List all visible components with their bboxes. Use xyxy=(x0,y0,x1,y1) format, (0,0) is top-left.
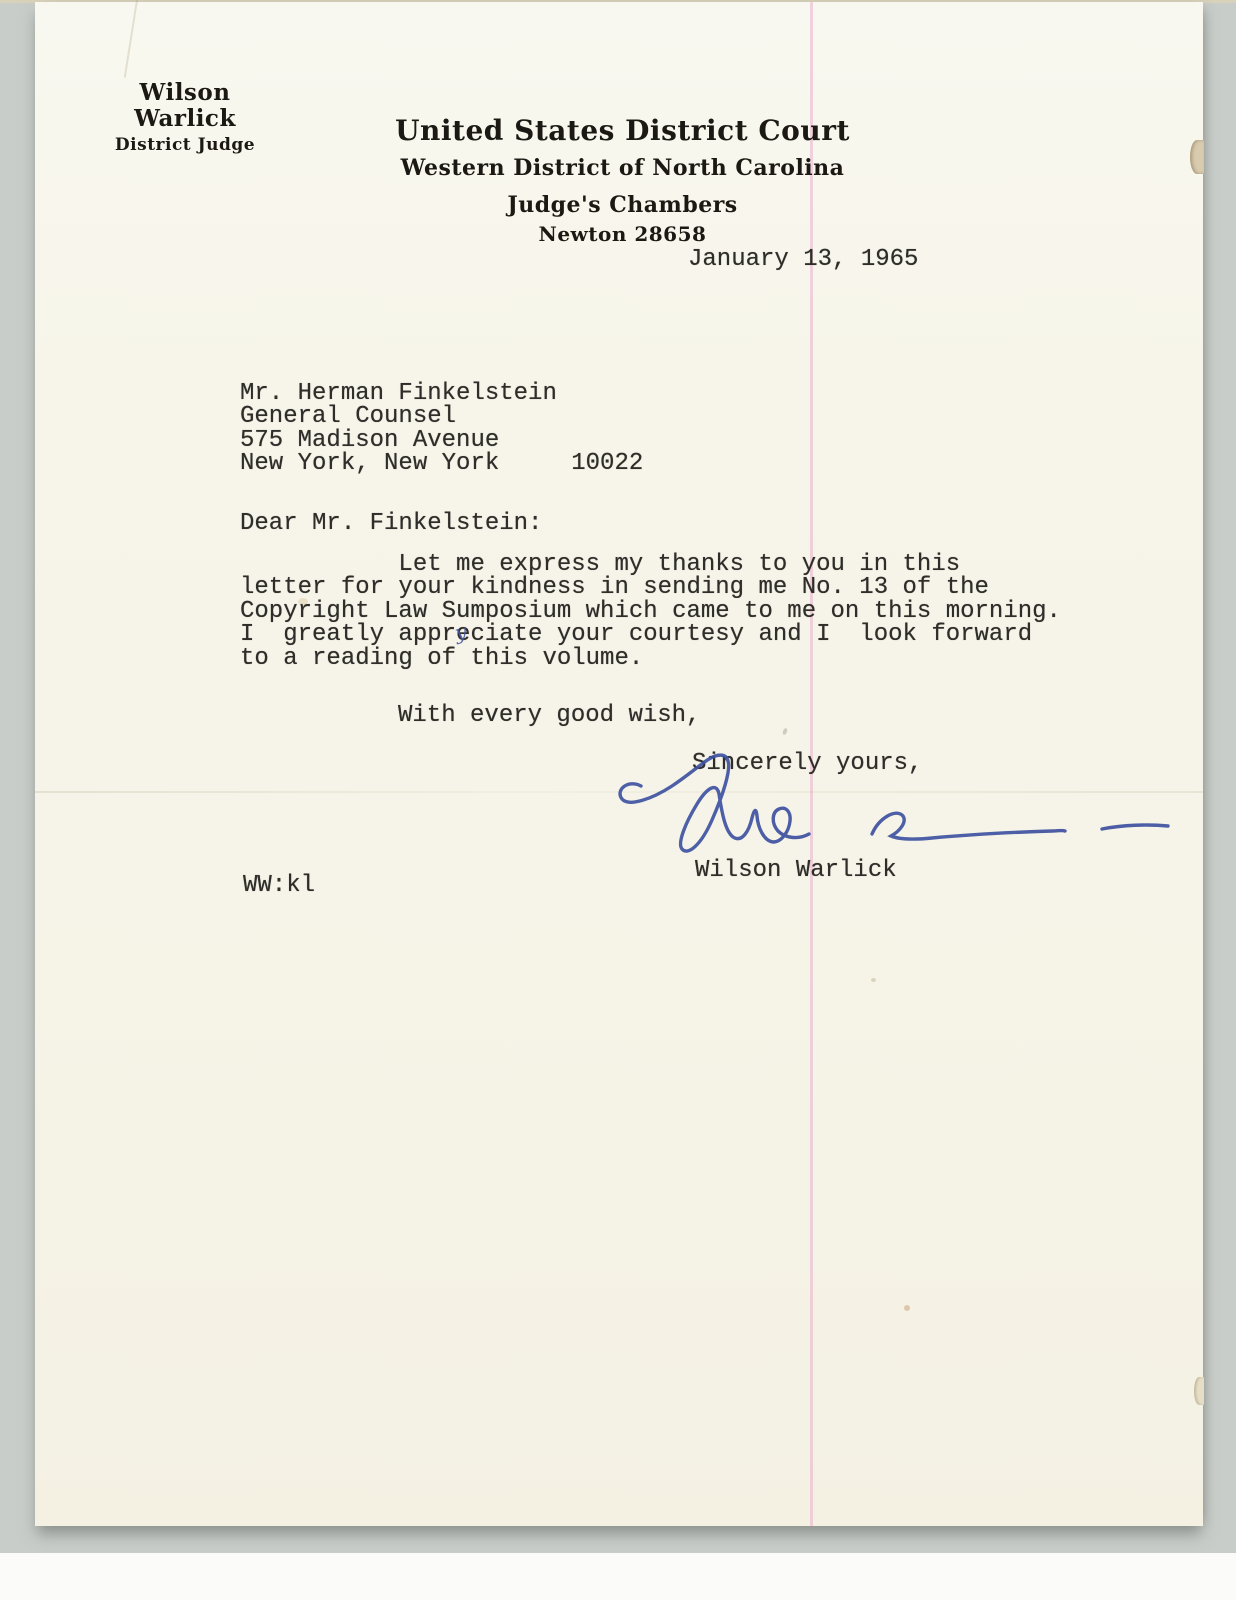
letterhead-judge-block: Wilson Warlick District Judge xyxy=(90,80,280,156)
salutation: Dear Mr. Finkelstein: xyxy=(240,512,542,535)
paper-speck xyxy=(782,728,788,736)
typed-signature-name: Wilson Warlick xyxy=(695,859,897,882)
letterhead-city-zip: Newton 28658 xyxy=(335,222,910,246)
letter-page: Wilson Warlick District Judge United Sta… xyxy=(35,2,1203,1526)
paper-speck xyxy=(904,1305,910,1311)
edge-tear xyxy=(1190,140,1204,174)
closing-wish: With every good wish, xyxy=(398,704,700,727)
typist-initials: WW:kl xyxy=(243,874,315,897)
letterhead-judge-name: Wilson Warlick xyxy=(90,80,280,132)
signature-ink xyxy=(610,745,1190,860)
letterhead-judge-title: District Judge xyxy=(90,134,280,156)
letterhead-court-name: United States District Court xyxy=(335,114,910,147)
body-paragraph: Let me express my thanks to you in this … xyxy=(240,553,1061,670)
edge-tear xyxy=(1194,1377,1204,1405)
scanned-letter: Wilson Warlick District Judge United Sta… xyxy=(0,0,1236,1600)
paper-crease xyxy=(124,0,138,78)
letter-date: January 13, 1965 xyxy=(688,248,918,271)
letterhead-district: Western District of North Carolina xyxy=(335,155,910,181)
scan-bottom-strip xyxy=(0,1553,1236,1600)
paper-speck xyxy=(871,978,876,982)
letterhead-chambers: Judge's Chambers xyxy=(335,192,910,218)
recipient-address: Mr. Herman Finkelstein General Counsel 5… xyxy=(240,382,643,476)
